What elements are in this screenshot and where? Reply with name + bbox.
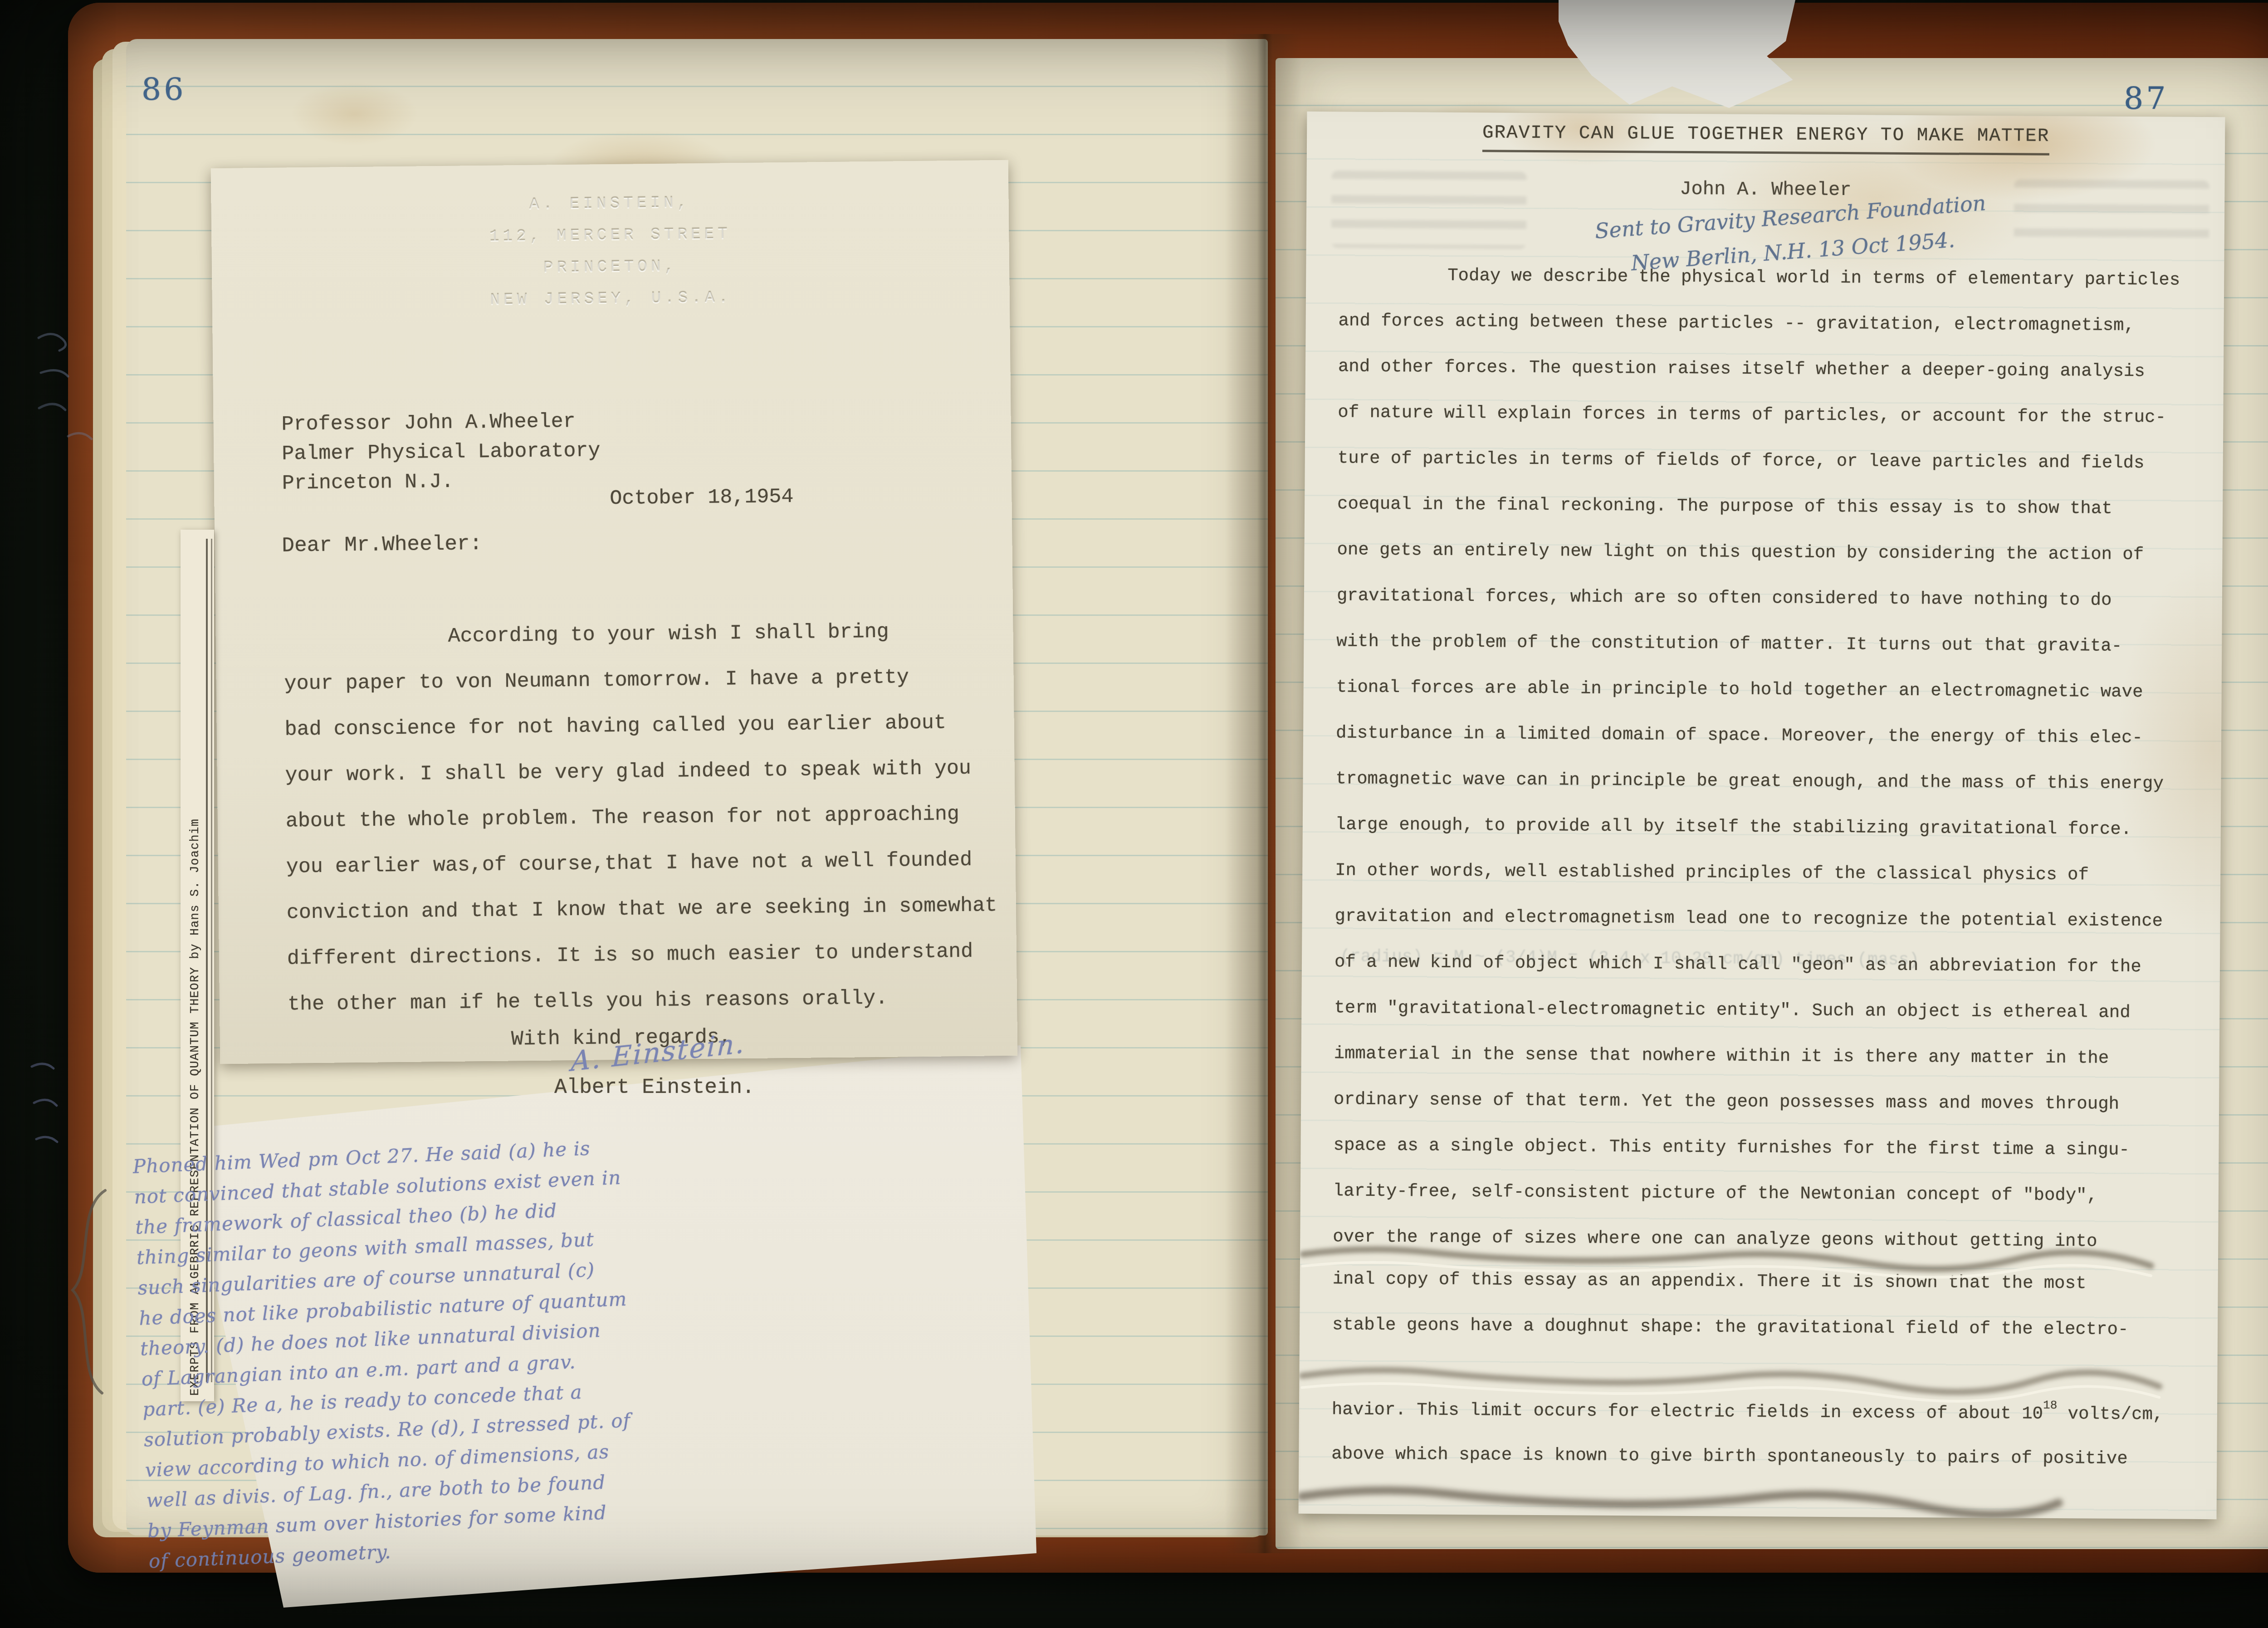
einstein-letter: A. EINSTEIN,112, MERCER STREETPRINCETON,… (211, 160, 1018, 1064)
essay-body-line: In other words, well established princip… (1335, 860, 2197, 911)
letter-body-line: your paper to von Neumann tomorrow. I ha… (284, 665, 1001, 718)
einstein-typed-name: Albert Einstein. (554, 1076, 755, 1099)
essay-body-line: and forces acting between these particle… (1338, 311, 2200, 362)
essay-body-line: larity-free, self-consistent picture of … (1333, 1181, 2195, 1232)
letter-body-line: your work. I shall be very glad indeed t… (285, 756, 1002, 810)
recipient-line: Princeton N.J. (282, 465, 601, 498)
letter-body-line: bad conscience for not having called you… (284, 711, 1002, 764)
essay-body: Today we describe the physical world in … (1333, 265, 2201, 1278)
essay-volts-line: havior. This limit occurs for electric f… (1332, 1394, 2164, 1424)
essay-title: GRAVITY CAN GLUE TOGETHER ENERGY TO MAKE… (1307, 122, 2225, 156)
essay-body-line: of nature will explain forces in terms o… (1338, 402, 2200, 453)
letter-salutation: Dear Mr.Wheeler: (282, 532, 482, 558)
letter-body-line: about the whole problem. The reason for … (286, 802, 1003, 856)
volts-exponent: 18 (2043, 1399, 2057, 1412)
essay-body-line: tional forces are able in principle to h… (1336, 677, 2198, 728)
volts-line-post: volts/cm, (2057, 1404, 2163, 1424)
essay-body-line: ture of particles in terms of fields of … (1337, 448, 2200, 499)
essay-body-line: tromagnetic wave can in principle be gre… (1335, 769, 2198, 820)
essay-body-line: coequal in the final reckoning. The purp… (1337, 494, 2200, 545)
volts-line-pre: havior. This limit occurs for electric f… (1332, 1399, 2043, 1424)
letter-body-line: conviction and that I know that we are s… (287, 894, 1004, 947)
letter-body-line: you earlier was,of course,that I have no… (286, 848, 1003, 902)
essay-body-line: inal copy of this essay as an appendix. … (1332, 1269, 2129, 1320)
essay-body-line: stable geons have a doughnut shape: the … (1332, 1315, 2129, 1365)
book-gutter-shadow (1225, 34, 1302, 1553)
phone-note: Phoned him Wed pm Oct 27. He said (a) he… (132, 1136, 637, 1580)
recipient-line: Professor John A.Wheeler (281, 406, 600, 439)
wheeler-essay: GRAVITY CAN GLUE TOGETHER ENERGY TO MAKE… (1299, 112, 2225, 1519)
bleed-through-formula: (radius) = M ~ (3/4)M = (3.4 x 10-29 cm/… (1340, 947, 1919, 970)
letter-body-line: different directions. It is so much easi… (287, 940, 1004, 993)
embossed-letterhead: A. EINSTEIN,112, MERCER STREETPRINCETON,… (211, 184, 1010, 319)
essay-body-line: with the problem of the constitution of … (1336, 631, 2199, 682)
essay-title-text: GRAVITY CAN GLUE TOGETHER ENERGY TO MAKE… (1482, 122, 2050, 156)
letter-recipient: Professor John A.WheelerPalmer Physical … (281, 406, 601, 498)
essay-body-line: large enough, to provide all by itself t… (1335, 814, 2197, 866)
essay-last-line: above which space is known to give birth… (1331, 1444, 2128, 1469)
essay-body-line: and other forces. The question raises it… (1338, 356, 2200, 408)
recipient-line: Palmer Physical Laboratory (282, 436, 601, 468)
essay-body-line: Today we describe the physical world in … (1339, 265, 2201, 316)
letter-date: October 18,1954 (610, 485, 794, 510)
essay-body-line: space as a single object. This entity fu… (1333, 1135, 2195, 1186)
right-page-number: 87 (2124, 81, 2169, 117)
essay-body-line: immaterial in the sense that nowhere wit… (1334, 1043, 2196, 1095)
essay-body-line: one gets an entirely new light on this q… (1337, 540, 2199, 591)
letter-body-line: According to your wish I shall bring (283, 619, 1001, 673)
essay-body-line: gravitational forces, which are so often… (1336, 585, 2199, 637)
scrapbook-photo: 86 87 A. EINSTEIN,112, MERCER STREETPRIN… (0, 0, 2268, 1628)
essay-body-line: disturbance in a limited domain of space… (1336, 723, 2198, 774)
letter-body: According to your wish I shall bringyour… (283, 619, 1004, 1038)
left-page-number: 86 (142, 72, 186, 107)
essay-body-line: ordinary sense of that term. Yet the geo… (1334, 1089, 2196, 1141)
essay-torn-strip-lines: inal copy of this essay as an appendix. … (1332, 1269, 2129, 1365)
essay-body-line: term "gravitational-electromagnetic enti… (1334, 998, 2196, 1049)
